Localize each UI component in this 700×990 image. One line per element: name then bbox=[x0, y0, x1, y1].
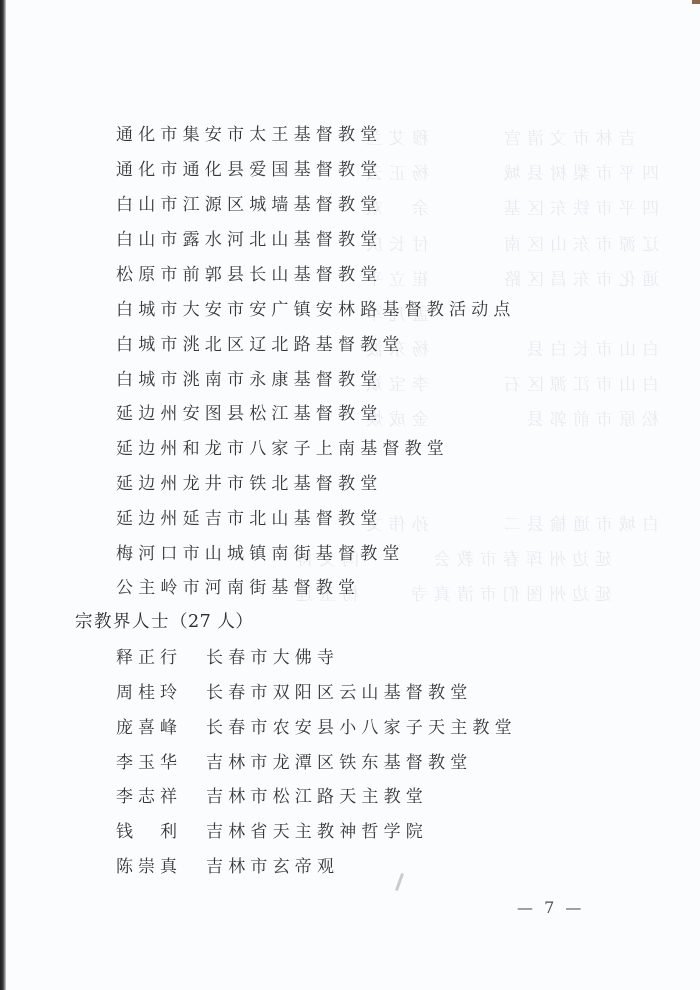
person-org: 吉林省天主教神哲学院 bbox=[206, 821, 428, 843]
person-org: 吉林市玄帝观 bbox=[206, 856, 339, 878]
venue-item: 白城市洮南市永康基督教堂 bbox=[116, 369, 382, 391]
person-org: 长春市农安县小八家子天主教堂 bbox=[206, 717, 517, 739]
venue-item: 延边州延吉市北山基督教堂 bbox=[116, 508, 382, 530]
person-name: 周桂玲 bbox=[116, 682, 182, 704]
venue-item: 延边州安图县松江基督教堂 bbox=[116, 403, 382, 425]
scan-mark bbox=[395, 873, 404, 891]
venue-item: 白城市大安市安广镇安林路基督教活动点 bbox=[116, 299, 516, 321]
person-org: 长春市大佛寺 bbox=[206, 647, 339, 669]
venue-item: 白山市露水河北山基督教堂 bbox=[116, 229, 382, 251]
venue-item: 梅河口市山城镇南街基督教堂 bbox=[116, 543, 405, 565]
section-title: 宗教界人士 bbox=[75, 612, 170, 632]
person-name: 李玉华 bbox=[116, 752, 182, 774]
person-org: 吉林市松江路天主教堂 bbox=[206, 786, 428, 808]
person-name: 钱 利 bbox=[116, 821, 182, 843]
person-name: 庞喜峰 bbox=[116, 717, 182, 739]
venue-item: 松原市前郭县长山基督教堂 bbox=[116, 264, 382, 286]
venue-item: 公主岭市河南街基督教堂 bbox=[116, 577, 360, 599]
person-name: 陈崇真 bbox=[116, 856, 182, 878]
venue-item: 通化市集安市太王基督教堂 bbox=[116, 124, 382, 146]
scan-left-edge bbox=[0, 0, 6, 990]
venue-item: 延边州和龙市八家子上南基督教堂 bbox=[116, 438, 449, 460]
person-name: 李志祥 bbox=[116, 786, 182, 808]
section-count: （27 人） bbox=[170, 612, 253, 632]
venue-item: 通化市通化县爱国基督教堂 bbox=[116, 159, 382, 181]
venue-item: 延边州龙井市铁北基督教堂 bbox=[116, 473, 382, 495]
person-org: 吉林市龙潭区铁东基督教堂 bbox=[206, 752, 472, 774]
section-heading: 宗教界人士（27 人） bbox=[75, 611, 253, 633]
venue-item: 白城市洮北区辽北路基督教堂 bbox=[116, 334, 405, 356]
page-number: — 7 — bbox=[517, 898, 584, 917]
person-org: 长春市双阳区云山基督教堂 bbox=[206, 682, 472, 704]
venue-item: 白山市江源区城墙基督教堂 bbox=[116, 194, 382, 216]
person-name: 释正行 bbox=[116, 647, 182, 669]
scan-corner-mark bbox=[692, 0, 700, 4]
